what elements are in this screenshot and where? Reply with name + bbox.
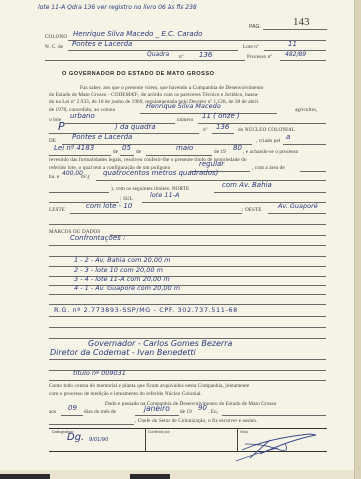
marco-item: 2 - 3 - lote 10 com 20,00 m [74, 266, 163, 274]
lote-value: 11 [288, 40, 297, 48]
marco-item: 1 - 2 - Av. Bahia com 20,00 m [74, 256, 171, 264]
datilografado-date: 9/01/90 [89, 437, 108, 443]
blank-line-3 [49, 304, 326, 305]
chefe-line [49, 424, 134, 425]
confrontacoes: Confrontações : [70, 234, 125, 242]
area-words-line [96, 180, 326, 181]
pag-label: PAG. [249, 24, 261, 30]
footer-separator [145, 428, 146, 451]
titulo-line [49, 380, 326, 381]
blank-line-1 [49, 224, 326, 225]
page-number: 143 [293, 16, 310, 28]
p-initial: P [58, 120, 65, 133]
nucleo-name: Pontes e Lacerda [72, 133, 132, 141]
chefe-text: , Chefe do Setor de Colonização, o fiz e… [135, 418, 258, 424]
top-note: lote 11-A Qdra 136 ver registro no livro… [38, 4, 197, 11]
processo-label: Processo nº [247, 54, 272, 60]
pag-line [263, 29, 327, 30]
quadra-no-value: 136 [199, 51, 212, 59]
body-line-2: do Estado de Mato Grosso - CODEMAT-, de … [49, 92, 259, 98]
body-line-1: Faz saber, aos que o presente virem, que… [80, 85, 263, 91]
diretor-signature: Diretor da Codemat - Ivan Benedetti [50, 348, 196, 357]
quadra-no-line [212, 133, 234, 134]
lote-label: Lote nº [243, 44, 259, 50]
dias-label: dias do mês de [84, 409, 116, 415]
colono-value: Henrique Silva Macedo _ E.C. Carado [73, 30, 202, 38]
area-words: quatrocentos metros quadrados) [103, 169, 218, 177]
norte-value: com Av. Bahia [222, 181, 272, 189]
quadra-line [45, 60, 245, 61]
dia-final: 09 [68, 404, 77, 412]
marcos-line [110, 235, 326, 236]
blank-line-4 [49, 327, 326, 328]
nc-label: N. C. de [45, 44, 63, 50]
dado-line: Dado e passado na Companhia de Desenvolv… [105, 401, 276, 407]
ano-final: 90 [198, 404, 207, 412]
oeste-value: Av. Guaporé [278, 202, 318, 210]
document-title: O GOVERNADOR DO ESTADO DE MATO GROSSO [62, 71, 214, 77]
quadra-value: Quadra [147, 51, 169, 58]
oeste-label: ; OESTE [242, 207, 262, 213]
area-line [300, 171, 326, 172]
closing-line-1: Como tudo consta do memorial e planta qu… [49, 383, 249, 389]
criado-label: , criado pel [256, 138, 280, 144]
lei-value: Lei nº 4183 [54, 144, 94, 152]
leste-value: com lote - 10 [86, 202, 132, 210]
oeste-line [268, 213, 326, 214]
rg-cpf: R.G. nº 2.773893-SSP/MG - CPF. 302.737.5… [54, 306, 238, 314]
processo-value: 482/89 [285, 51, 306, 58]
lei-de-2: de [136, 149, 141, 155]
m2-label: m²,( [81, 174, 90, 180]
sul-value: lote 11-A [150, 191, 179, 199]
body-line-5-suffix: , e achando-se o processo [243, 149, 298, 155]
colono-label: COLONO [45, 34, 67, 40]
norte-line [214, 192, 326, 193]
poligono-value: regular [199, 160, 224, 168]
lei-line [49, 155, 111, 156]
quadra-no: 136 [216, 123, 229, 131]
datilografado-initials: Dg. [67, 432, 84, 443]
document-page: lote 11-A Qdra 136 ver registro no livro… [0, 0, 354, 470]
leste-label: LESTE [49, 207, 65, 213]
ha-prefix: ha. e [49, 174, 59, 180]
quadra-handwritten: ) da quadra [115, 123, 156, 131]
lei-de: de [113, 149, 118, 155]
ano-prefix: de 19 [214, 149, 226, 155]
marco-line-4 [49, 294, 326, 295]
page-edge [354, 0, 361, 479]
area-label: , com a área de [252, 165, 285, 171]
nc-value: Pontes e Lacerda [72, 40, 132, 48]
agricultor-label: agricultor, [295, 107, 317, 113]
aos-label: aos [49, 409, 56, 415]
confrontacoes-line [49, 245, 326, 246]
mes-final: janeiro [144, 404, 170, 413]
ano-value: 80 [233, 144, 242, 152]
eu-label: . Eu, [208, 409, 218, 415]
mes-final-line [135, 415, 179, 416]
criado-value: a [286, 133, 290, 141]
conferido-label: Conferido por [148, 430, 170, 434]
closing-line-2: com o processo de medição e loteamento d… [49, 391, 202, 397]
quadra-no-label-2: nº [203, 127, 207, 133]
leste-line [70, 213, 242, 214]
dia-line [120, 155, 134, 156]
dia-final-line [61, 415, 83, 416]
rg-line [49, 316, 326, 317]
criado-line [283, 144, 326, 145]
bottom-strip [0, 470, 354, 479]
governador-signature: Governador - Carlos Gomes Bezerra [88, 339, 232, 348]
marco-item: 4 - 1 - Av. Guaporé com 20,00 m [74, 284, 180, 292]
area-value: 400,00 [62, 170, 83, 177]
visto-signature-icon [230, 430, 330, 462]
numero-value: 11 ( onze ) [202, 112, 240, 120]
limites-blank-line [49, 192, 109, 193]
mes-value: maio [176, 144, 193, 152]
processo-line [280, 60, 326, 61]
ano-final-prefix: de 19 [180, 409, 192, 415]
marco-item: 3 - 4 - lote 11-A com 20,00 m [74, 275, 170, 283]
colono-name: Henrique Silva Macedo [146, 102, 221, 110]
signature-line [49, 359, 326, 360]
mes-line [146, 155, 212, 156]
dia-value: 05 [122, 144, 131, 152]
titulo-number: título nº 009031 [73, 369, 126, 377]
lote-type: urbano [70, 112, 95, 120]
numero-label: número [177, 117, 193, 123]
eu-line [222, 415, 326, 416]
